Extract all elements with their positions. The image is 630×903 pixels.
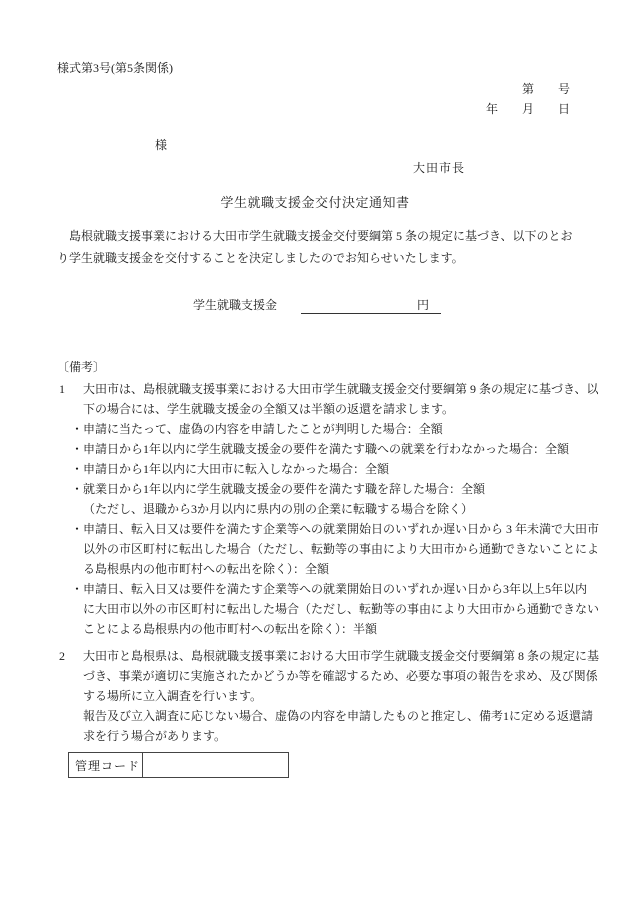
document-title: 学生就職支援金交付決定通知書 <box>0 192 630 211</box>
remark-2-number: 2 <box>59 646 65 666</box>
form-number-label: 様式第3号(第5条関係) <box>57 59 173 76</box>
remark-1-body: 大田市は、島根就職支援事業における大田市学生就職支援金交付要綱第 9 条の規定に… <box>83 379 599 639</box>
remark-1-bullet-move-out-3-to-5-years: ・申請日、転入日又は要件を満たす企業等への就業開始日のいずれか遅い日から3年以上… <box>83 579 599 639</box>
management-code-row: 管理コード <box>69 753 289 778</box>
management-code-value <box>143 753 289 778</box>
remarks-heading: 〔備考〕 <box>57 357 105 377</box>
remark-1-intro: 大田市は、島根就職支援事業における大田市学生就職支援金交付要綱第 9 条の規定に… <box>83 379 599 419</box>
remark-1-bullet-no-employment: ・申請日から1年以内に学生就職支援金の要件を満たす職への就業を行わなかった場合：… <box>83 439 599 459</box>
document-number-line: 第 号 <box>522 80 570 97</box>
recipient-honorific: 様 <box>155 136 167 153</box>
remark-1-bullet-quit-job: ・就業日から1年以内に学生就職支援金の要件を満たす職を辞した場合：全額 （ただし… <box>83 479 599 519</box>
management-code-table: 管理コード <box>68 752 289 778</box>
notification-document-page: 様式第3号(第5条関係) 第 号 年 月 日 様 大田市長 学生就職支援金交付決… <box>0 0 630 903</box>
remark-1-bullet-move-out-under-3-years: ・申請日、転入日又は要件を満たす企業等への就業開始日のいずれか遅い日から 3 年… <box>83 519 599 579</box>
date-line: 年 月 日 <box>486 100 570 117</box>
grant-amount-blank-field: 円 <box>301 296 441 314</box>
remark-1-bullet-no-move-in: ・申請日から1年以内に大田市に転入しなかった場合：全額 <box>83 459 599 479</box>
remark-1-number: 1 <box>59 379 65 399</box>
sender-name: 大田市長 <box>413 159 465 176</box>
remark-1-bullet-false-application: ・申請に当たって、虚偽の内容を申請したことが判明した場合：全額 <box>83 419 599 439</box>
management-code-label: 管理コード <box>69 753 143 778</box>
grant-amount-line: 学生就職支援金円 <box>193 296 441 314</box>
currency-unit-label: 円 <box>417 298 429 312</box>
remark-2-body: 大田市と島根県は、島根就職支援事業における大田市学生就職支援金交付要綱第 8 条… <box>83 646 599 746</box>
body-paragraph: 島根就職支援事業における大田市学生就職支援金交付要綱第 5 条の規定に基づき、以… <box>57 226 573 269</box>
grant-amount-label: 学生就職支援金 <box>193 298 277 312</box>
